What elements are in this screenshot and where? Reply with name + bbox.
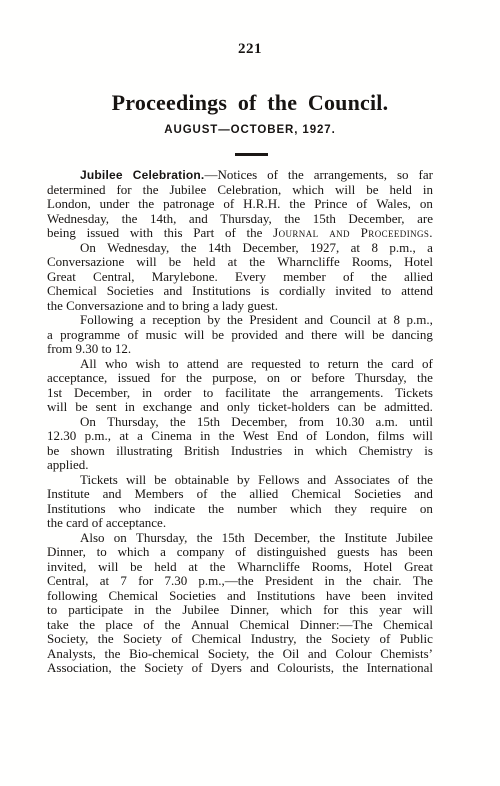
text-line: followingChemicalSocietiesandInstitution… [47,589,433,604]
text-line: ConversazionewillbeheldattheWharncliffeR… [47,255,433,270]
text-line: InstituteandMembersofthealliedChemicalSo… [47,487,433,502]
scanned-page: 221 Proceedings of the Council. AUGUST—O… [0,0,500,786]
text-line: beingissuedwiththisPartoftheJournalandPr… [47,226,433,241]
text-line: Dinner,towhichacompanyofdistinguishedgue… [47,545,433,560]
text-line: Wednesday,the14th,andThursday,the15thDec… [47,212,433,227]
text-line: Institutionswhoindicatethenumberwhichthe… [47,502,433,517]
text-line: willbesentinexchangeandonlyticket-holder… [47,400,433,415]
text-line: FollowingareceptionbythePresidentandCoun… [47,313,433,328]
text-line: OnThursday,the15thDecember,from10.30a.m.… [47,415,433,430]
text-line: aprogrammeofmusicwillbeprovidedandtherew… [47,328,433,343]
text-line: Analysts,theBio-chemicalSociety,theOilan… [47,647,433,662]
text-line: toparticipateintheJubileeDinner,whichfor… [47,603,433,618]
text-line: invited,willbeheldattheWharncliffeRooms,… [47,560,433,575]
text-line: London,underthepatronageofH.R.H.thePrinc… [47,197,433,212]
article-subtitle: AUGUST—OCTOBER, 1927. [0,124,500,136]
text-line: OnWednesday,the14thDecember,1927,at8p.m.… [47,241,433,256]
divider-rule [235,153,268,156]
text-line: beshownillustratingBritishIndustriesinwh… [47,444,433,459]
text-line: taketheplaceoftheAnnualChemicalDinner:—T… [47,618,433,633]
text-line: applied. [47,458,433,473]
text-line: GreatCentral,Marylebone.Everymemberofthe… [47,270,433,285]
text-line: TicketswillbeobtainablebyFellowsandAssoc… [47,473,433,488]
text-line: AlsoonThursday,the15thDecember,theInstit… [47,531,433,546]
text-line: from 9.30 to 12. [47,342,433,357]
text-line: 1stDecember,inordertofacilitatethearrang… [47,386,433,401]
text-line: 12.30p.m.,ataCinemaintheWestEndofLondon,… [47,429,433,444]
text-line: determinedfortheJubileeCelebration,which… [47,183,433,198]
text-line: ChemicalSocietiesandInstitutionsiscordia… [47,284,433,299]
text-line: Allwhowishtoattendarerequestedtoreturnth… [47,357,433,372]
text-line: Society,theSocietyofChemicalIndustry,the… [47,632,433,647]
text-line: the card of acceptance. [47,516,433,531]
article-body: JubileeCelebration.—Noticesofthearrangem… [47,168,433,676]
article-title: Proceedings of the Council. [0,89,500,117]
text-line: Central,at7for7.30p.m.,—thePresidentinth… [47,574,433,589]
text-line: acceptance,issuedforthepurpose,onorbefor… [47,371,433,386]
text-line: Association,theSocietyofDyersandColouris… [47,661,433,676]
page-number: 221 [0,41,500,58]
text-line: the Conversazione and to bring a lady gu… [47,299,433,314]
text-line: JubileeCelebration.—Noticesofthearrangem… [47,168,433,183]
